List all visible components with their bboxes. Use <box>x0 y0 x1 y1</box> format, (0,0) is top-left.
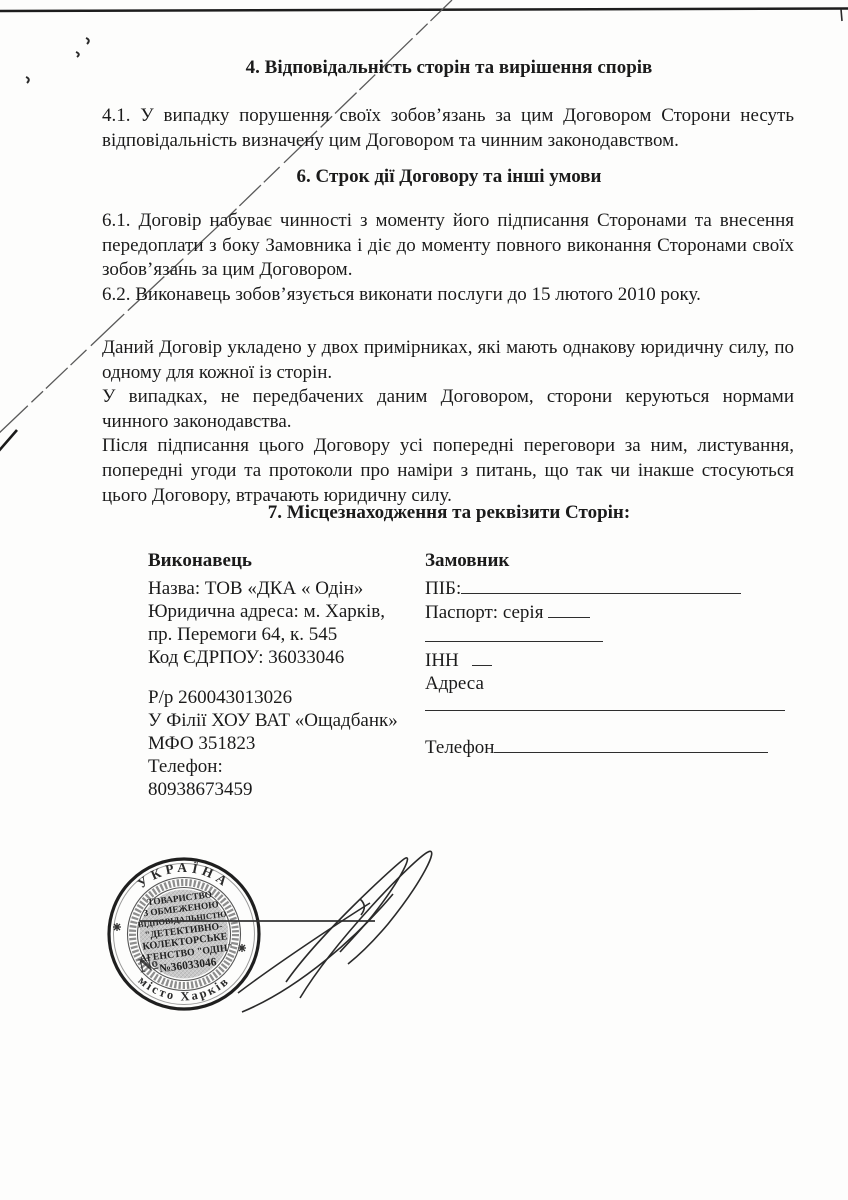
seal-outer-inner-edge <box>114 864 255 1005</box>
scan-top-edge-line <box>0 9 848 12</box>
seal-center-line-1: ТОВАРИСТВО <box>147 890 213 908</box>
fold-crease-end-mark <box>0 430 17 453</box>
signature-cross-stroke <box>242 894 393 1012</box>
customer-pib-row: ПІБ: <box>425 576 789 600</box>
seal-center-line-7: №36033046 <box>159 956 218 975</box>
executor-address-1: Юридична адреса: м. Харків, <box>148 600 428 623</box>
customer-phone-label: Телефон <box>425 737 494 758</box>
executor-address-2: пр. Перемоги 64, к. 545 <box>148 623 428 646</box>
seal-meander-ring <box>133 883 236 986</box>
seal-number-overlay-mark: № <box>137 952 162 978</box>
final-provisions-p1: Даний Договір укладено у двох примірника… <box>102 336 794 385</box>
clause-4-1: 4.1. У випадку порушення своїх зобов’яза… <box>102 104 794 153</box>
final-provisions-p3: Після підписання цього Договору усі попе… <box>102 434 794 508</box>
inn-blank-line <box>472 648 492 666</box>
customer-title: Замовник <box>425 549 789 572</box>
seal-left-star-icon <box>113 923 121 931</box>
signature-loop-2 <box>286 858 407 982</box>
section-4-heading: 4. Відповідальність сторін та вирішення … <box>102 57 796 79</box>
executor-account: Р/р 260043013026 <box>148 686 428 709</box>
scanned-contract-page: 4. Відповідальність сторін та вирішення … <box>0 0 848 1200</box>
executor-title: Виконавець <box>148 549 428 572</box>
signature-paren-stroke <box>360 899 364 915</box>
passport-number-blank-line <box>425 624 603 642</box>
scan-speckles <box>26 38 89 83</box>
phone-blank-line <box>494 735 768 753</box>
seal-center-line-6: АГЕНСТВО "ОДІН" <box>139 942 234 964</box>
customer-pib-label: ПІБ: <box>425 578 461 599</box>
customer-address-label: Адреса <box>425 672 789 695</box>
customer-details: Замовник ПІБ: Паспорт: серія ІНН Адреса … <box>425 549 789 759</box>
seal-center-line-5: КОЛЕКТОРСЬКЕ <box>142 931 228 952</box>
section-7-heading: 7. Місцезнаходження та реквізити Сторін: <box>102 502 796 524</box>
final-provisions-p2: У випадках, не передбачених даним Догово… <box>102 385 794 434</box>
seal-center-line-4: "ДЕТЕКТИВНО- <box>144 921 223 941</box>
seal-center-line-2: З ОБМЕЖЕНОЮ <box>143 900 220 919</box>
seal-and-signature-layer: УКРАЇНА місто Харків ТОВАРИСТВО З ОБМЕЖЕ… <box>90 840 480 1035</box>
clause-6-1-text: 6.1. Договір набуває чинності з моменту … <box>102 209 794 283</box>
signature-loop-1 <box>300 851 432 998</box>
seal-center-disc <box>140 890 229 979</box>
seal-meander-inner-circle <box>138 888 231 981</box>
seal-outer-circle <box>109 859 259 1009</box>
seal-country-text: УКРАЇНА <box>134 860 233 891</box>
seal-city-text: місто Харків <box>136 973 233 1003</box>
executor-mfo: МФО 351823 <box>148 732 428 755</box>
customer-passport-row: Паспорт: серія <box>425 600 789 648</box>
executor-bank: У Філії ХОУ ВАТ «Ощадбанк» <box>148 709 428 732</box>
seal-center-line-3: ВІДПОВІДАЛЬНІСТЮ <box>138 910 227 930</box>
section-6-body: 6.1. Договір набуває чинності з моменту … <box>102 209 794 307</box>
scan-corner-tick <box>841 9 842 21</box>
executor-phone-number: 80938673459 <box>148 778 428 801</box>
executor-phone-label: Телефон: <box>148 755 428 778</box>
signature-arc-stroke <box>238 903 370 993</box>
address-blank-line <box>425 710 785 711</box>
final-provisions: Даний Договір укладено у двох примірника… <box>102 336 794 508</box>
executor-details: Виконавець Назва: ТОВ «ДКА « Одін» Юриди… <box>148 549 428 801</box>
customer-passport-label: Паспорт: серія <box>425 602 543 623</box>
executor-name: Назва: ТОВ «ДКА « Одін» <box>148 577 428 600</box>
seal-center-text: ТОВАРИСТВО З ОБМЕЖЕНОЮ ВІДПОВІДАЛЬНІСТЮ … <box>130 889 236 978</box>
section-6-heading: 6. Строк дії Договору та інші умови <box>102 166 796 188</box>
passport-series-blank-line <box>548 600 590 618</box>
executor-edrpou: Код ЄДРПОУ: 36033046 <box>148 646 428 669</box>
handwritten-signature <box>140 851 432 1012</box>
round-seal: УКРАЇНА місто Харків ТОВАРИСТВО З ОБМЕЖЕ… <box>109 859 259 1009</box>
clause-4-1-text: 4.1. У випадку порушення своїх зобов’яза… <box>102 104 794 153</box>
pib-blank-line <box>461 576 741 594</box>
seal-meander-outer-circle <box>128 878 241 991</box>
seal-right-star-icon <box>238 944 246 952</box>
customer-inn-label: ІНН <box>425 650 459 671</box>
clause-6-2-text: 6.2. Виконавець зобов’язується виконати … <box>102 283 794 308</box>
customer-inn-row: ІНН <box>425 648 789 672</box>
customer-phone-row: Телефон <box>425 735 789 759</box>
